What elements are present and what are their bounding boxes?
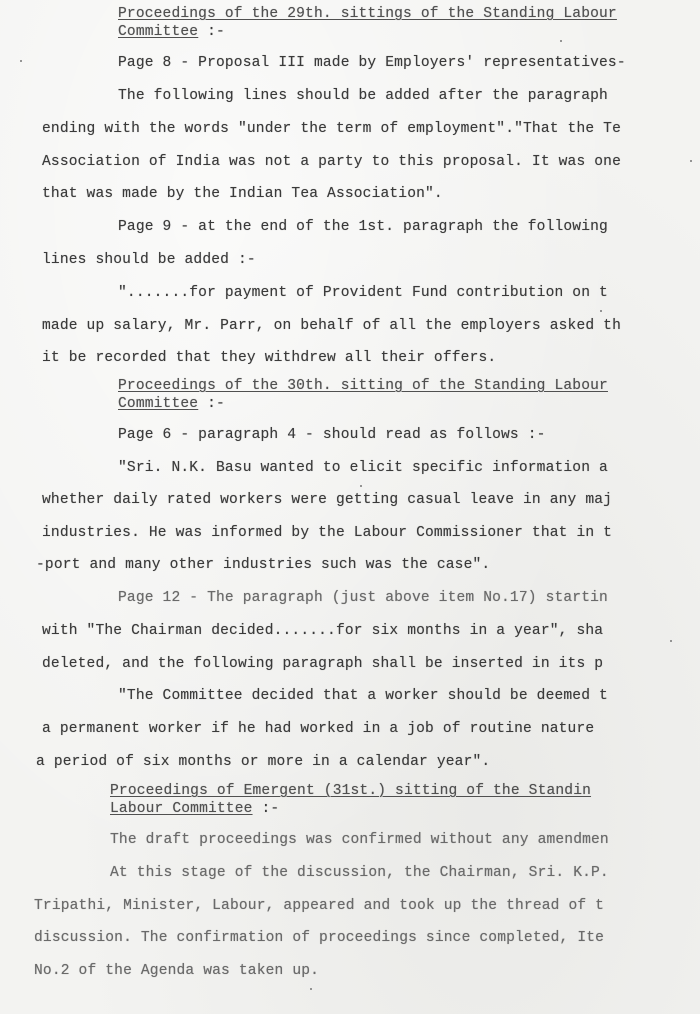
- text-line: Tripathi, Minister, Labour, appeared and…: [34, 898, 604, 914]
- text-line: industries. He was informed by the Labou…: [42, 525, 612, 541]
- text-line: Page 9 - at the end of the 1st. paragrap…: [118, 219, 608, 235]
- text-line: The draft proceedings was confirmed with…: [110, 832, 609, 848]
- text-line: with "The Chairman decided.......for six…: [42, 623, 603, 639]
- text-line: "Sri. N.K. Basu wanted to elicit specifi…: [118, 460, 608, 476]
- heading-suffix: :-: [198, 24, 225, 40]
- text-line: made up salary, Mr. Parr, on behalf of a…: [42, 318, 621, 334]
- text-line: Association of India was not a party to …: [42, 154, 621, 170]
- text-line: The following lines should be added afte…: [118, 88, 608, 104]
- text-line: No.2 of the Agenda was taken up.: [34, 963, 319, 979]
- section-heading-continuation: Labour Committee :-: [110, 801, 279, 817]
- text-line: Page 12 - The paragraph (just above item…: [118, 590, 608, 606]
- scan-speck: [560, 40, 562, 42]
- text-line: At this stage of the discussion, the Cha…: [110, 865, 609, 881]
- section-heading: Proceedings of the 29th. sittings of the…: [118, 6, 617, 22]
- section-heading-continuation: Committee :-: [118, 24, 225, 40]
- heading-suffix: :-: [253, 801, 280, 817]
- text-line: -port and many other industries such was…: [36, 557, 490, 573]
- document-page: Proceedings of the 29th. sittings of the…: [0, 0, 700, 1014]
- scan-speck: [360, 485, 362, 487]
- text-line: it be recorded that they withdrew all th…: [42, 350, 496, 366]
- scan-speck: [310, 988, 312, 990]
- section-heading-word: Committee: [118, 24, 198, 40]
- scan-speck: [600, 310, 602, 312]
- scan-speck: [430, 125, 432, 127]
- scan-speck: [690, 160, 692, 162]
- scan-speck: [670, 640, 672, 642]
- section-heading-continuation: Committee :-: [118, 396, 225, 412]
- text-line: lines should be added :-: [42, 252, 256, 268]
- text-line: whether daily rated workers were getting…: [42, 492, 612, 508]
- text-line: discussion. The confirmation of proceedi…: [34, 930, 604, 946]
- text-line: ".......for payment of Provident Fund co…: [118, 285, 608, 301]
- text-line: ending with the words "under the term of…: [42, 121, 621, 137]
- heading-suffix: :-: [198, 396, 225, 412]
- text-line: "The Committee decided that a worker sho…: [118, 688, 608, 704]
- text-line: Page 6 - paragraph 4 - should read as fo…: [118, 427, 546, 443]
- section-heading: Proceedings of Emergent (31st.) sitting …: [110, 783, 591, 799]
- section-heading-word: Committee: [118, 396, 198, 412]
- section-heading-word: Labour Committee: [110, 801, 253, 817]
- text-line: a permanent worker if he had worked in a…: [42, 721, 594, 737]
- text-line: a period of six months or more in a cale…: [36, 754, 490, 770]
- text-line: Page 8 - Proposal III made by Employers'…: [118, 55, 626, 71]
- scan-speck: [20, 60, 22, 62]
- section-heading: Proceedings of the 30th. sitting of the …: [118, 378, 608, 394]
- text-line: that was made by the Indian Tea Associat…: [42, 186, 443, 202]
- text-line: deleted, and the following paragraph sha…: [42, 656, 603, 672]
